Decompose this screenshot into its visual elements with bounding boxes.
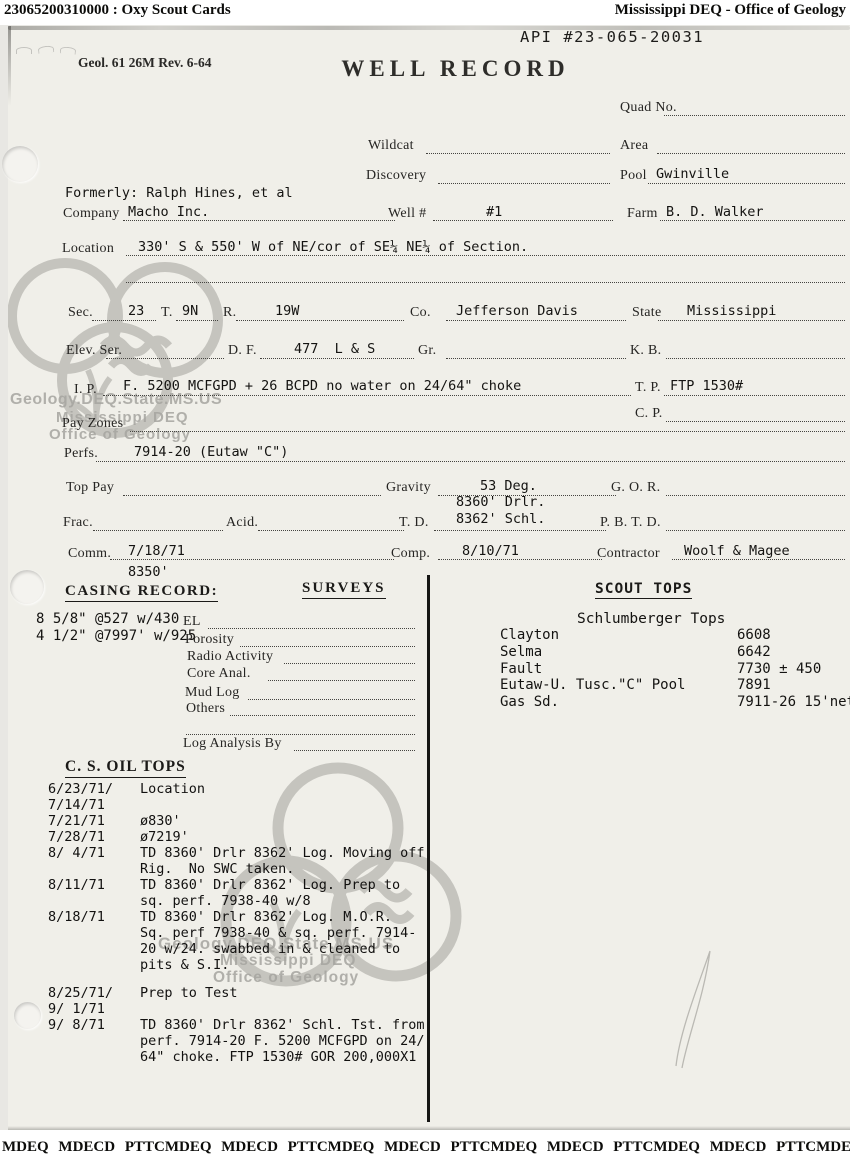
dotted-leader [92, 320, 156, 321]
dotted-leader [236, 320, 404, 321]
field-tp-value: FTP 1530# [670, 378, 743, 394]
punch-hole [14, 1002, 41, 1029]
field-farm-label: Farm [627, 206, 658, 222]
formation-depth: 6642 [737, 644, 771, 661]
agency-title: Mississippi DEQ - Office of Geology [615, 2, 846, 25]
oil-tops-entry: 8/25/71/ Prep to Test [48, 985, 440, 1001]
cs-oil-tops-log: 6/23/71/ Location 7/14/71 7/21/71 ø830' … [48, 781, 440, 1065]
field-county-label: Co. [410, 305, 431, 321]
staple-mark [60, 46, 77, 54]
field-td-value: 8362' Schl. [456, 511, 545, 527]
footer-watermark-bar: MDEQ MDECD PTTC MDEQ MDECD PTTC MDEQ MDE… [0, 1130, 850, 1162]
scout-top-row: Gas Sd. 7911-26 15'net [500, 694, 845, 711]
footer-org-abbreviations: MDEQ MDECD PTTC [490, 1139, 653, 1162]
dotted-leader [110, 559, 394, 560]
viewer-header-bar: 23065200310000 : Oxy Scout Cards Mississ… [0, 0, 850, 25]
entry-text: TD 8360' Drlr 8362' Log. Prep to sq. per… [140, 877, 440, 909]
field-area-label: Area [620, 138, 648, 154]
field-comm-value: 7/18/71 [128, 543, 185, 559]
dotted-leader [648, 183, 845, 184]
formation-depth: 6608 [737, 627, 771, 644]
scan-left-shadow [8, 26, 11, 106]
oil-tops-entry: 7/14/71 [48, 797, 440, 813]
oil-tops-entry: 7/21/71 ø830' [48, 813, 440, 829]
formation-name: Fault [500, 661, 737, 678]
entry-text: TD 8360' Drlr 8362' Schl. Tst. from perf… [140, 1017, 440, 1065]
survey-item-el: EL [183, 614, 201, 630]
dotted-leader [426, 153, 610, 154]
field-discovery-label: Discovery [366, 168, 426, 184]
entry-text [140, 797, 440, 813]
oil-tops-entry: 8/11/71 TD 8360' Drlr 8362' Log. Prep to… [48, 877, 440, 909]
oil-tops-entry: 7/28/71 ø7219' [48, 829, 440, 845]
field-td-label: T. D. [399, 515, 429, 531]
dotted-leader [666, 358, 845, 359]
entry-date: 8/11/71 [48, 877, 140, 909]
field-farm-value: B. D. Walker [666, 204, 764, 220]
entry-date: 7/14/71 [48, 797, 140, 813]
field-wildcat-label: Wildcat [368, 138, 414, 154]
oil-tops-entry: 8/18/71 TD 8360' Drlr 8362' Log. M.O.R. … [48, 909, 440, 973]
field-gravity-value: 53 Deg. [480, 478, 537, 494]
field-comm-extra-value: 8350' [128, 564, 169, 580]
dotted-leader [658, 320, 845, 321]
dotted-leader [260, 358, 414, 359]
entry-date: 7/28/71 [48, 829, 140, 845]
field-state-value: Mississippi [687, 303, 776, 319]
entry-date: 8/ 4/71 [48, 845, 140, 877]
dotted-leader [248, 699, 415, 700]
oil-tops-entry: 9/ 1/71 [48, 1001, 440, 1017]
entry-text: TD 8360' Drlr 8362' Log. Moving off Rig.… [140, 845, 440, 877]
field-comp-label: Comp. [391, 546, 430, 562]
field-range-label: R. [223, 305, 236, 321]
dotted-leader [294, 750, 415, 751]
formation-name: Selma [500, 644, 737, 661]
field-sec-label: Sec. [68, 305, 93, 321]
dotted-leader [126, 282, 845, 283]
dotted-leader [284, 663, 415, 664]
formation-name: Eutaw-U. Tusc."C" Pool [500, 677, 737, 694]
api-number-stamp: API #23-065-20031 [520, 28, 704, 46]
entry-text: TD 8360' Drlr 8362' Log. M.O.R. Sq. perf… [140, 909, 440, 973]
punch-hole [2, 146, 38, 182]
formation-name: Clayton [500, 627, 737, 644]
field-county-value: Jefferson Davis [456, 303, 578, 319]
entry-date: 6/23/71/ [48, 781, 140, 797]
dotted-leader [106, 358, 224, 359]
oil-tops-entry: 9/ 8/71 TD 8360' Drlr 8362' Schl. Tst. f… [48, 1017, 440, 1065]
entry-text [140, 1001, 440, 1017]
dotted-leader [666, 495, 845, 496]
field-state-label: State [632, 305, 662, 321]
surveys-heading: SURVEYS [302, 580, 386, 599]
field-perfs-value: 7914-20 (Eutaw "C") [134, 444, 288, 460]
dotted-leader [258, 530, 404, 531]
formation-depth: 7891 [737, 677, 771, 694]
entry-date: 7/21/71 [48, 813, 140, 829]
dotted-leader [666, 421, 845, 422]
entry-date: 9/ 8/71 [48, 1017, 140, 1065]
dotted-leader [672, 559, 845, 560]
scout-tops-table: Clayton 6608 Selma 6642 Fault 7730 ± 450… [500, 627, 845, 711]
dotted-leader [103, 395, 631, 396]
dotted-leader [666, 530, 845, 531]
dotted-leader [208, 628, 415, 629]
oil-tops-entry: 6/23/71/ Location [48, 781, 440, 797]
field-elev-ser-label: Elev. Ser. [66, 343, 122, 359]
scout-top-row: Eutaw-U. Tusc."C" Pool 7891 [500, 677, 845, 694]
dotted-leader [664, 115, 845, 116]
dotted-leader [240, 646, 415, 647]
survey-item-mud-log: Mud Log [185, 685, 240, 701]
dotted-leader [664, 395, 845, 396]
footer-org-abbreviations: MDEQ MDECD PTTC [2, 1139, 165, 1162]
dotted-leader [176, 320, 218, 321]
field-pool-value: Gwinville [656, 166, 729, 182]
survey-item-porosity: Porosity [185, 632, 234, 648]
field-pool-label: Pool [620, 168, 647, 184]
entry-date: 9/ 1/71 [48, 1001, 140, 1017]
document-id-title: 23065200310000 : Oxy Scout Cards [4, 2, 231, 25]
page-title: WELL RECORD [338, 56, 573, 82]
field-comp-value: 8/10/71 [462, 543, 519, 559]
dotted-leader [123, 220, 395, 221]
dotted-leader [446, 320, 626, 321]
field-company-value: Macho Inc. [128, 204, 209, 220]
field-township-label: T. [161, 305, 173, 321]
dotted-leader [186, 734, 415, 735]
entry-date: 8/18/71 [48, 909, 140, 973]
field-range-value: 19W [275, 303, 299, 319]
field-well-number-label: Well # [388, 206, 426, 222]
entry-text: ø830' [140, 813, 440, 829]
scout-tops-subheading: Schlumberger Tops [577, 611, 725, 627]
scout-top-row: Clayton 6608 [500, 627, 845, 644]
dotted-leader [446, 358, 626, 359]
staple-mark [16, 47, 32, 54]
field-location-value: 330' S & 550' W of NE/cor of SE¼ NE¼ of … [138, 239, 528, 255]
dotted-leader [657, 153, 845, 154]
formation-depth: 7911-26 15'net [737, 694, 850, 711]
scout-top-row: Selma 6642 [500, 644, 845, 661]
scout-tops-heading: SCOUT TOPS [595, 581, 692, 599]
field-pay-zones-label: Pay Zones [62, 416, 123, 432]
footer-org-abbreviations: MDEQ MDECD PTTC [653, 1139, 816, 1162]
survey-item-log-analysis-by: Log Analysis By [183, 736, 282, 752]
dotted-leader [123, 495, 381, 496]
field-township-value: 9N [182, 303, 198, 319]
formation-name: Gas Sd. [500, 694, 737, 711]
field-sec-value: 23 [128, 303, 144, 319]
footer-org-abbreviations: MDEQ MDECD PTTC [328, 1139, 491, 1162]
field-frac-label: Frac. [63, 515, 93, 531]
survey-item-core-anal: Core Anal. [187, 666, 251, 682]
field-top-pay-label: Top Pay [66, 480, 114, 496]
field-cp-label: C. P. [635, 406, 663, 422]
casing-record-heading: CASING RECORD: [65, 583, 218, 602]
field-kb-label: K. B. [630, 343, 661, 359]
casing-line: 4 1/2" @7997' w/925 [36, 628, 196, 644]
oil-tops-entry: 8/ 4/71 TD 8360' Drlr 8362' Log. Moving … [48, 845, 440, 877]
field-ip-value: F. 5200 MCFGPD + 26 BCPD no water on 24/… [123, 378, 521, 394]
field-acid-label: Acid. [226, 515, 258, 531]
dotted-leader [438, 559, 602, 560]
staple-mark [38, 45, 55, 54]
entry-text: ø7219' [140, 829, 440, 845]
dotted-leader [93, 530, 223, 531]
scout-top-row: Fault 7730 ± 450 [500, 661, 845, 678]
dotted-leader [96, 461, 845, 462]
dotted-leader [268, 680, 415, 681]
cs-oil-tops-heading: C. S. OIL TOPS [65, 758, 186, 778]
field-pbtd-label: P. B. T. D. [600, 515, 661, 531]
dotted-leader [438, 183, 610, 184]
field-df-label: D. F. [228, 343, 257, 359]
pencil-mark [658, 916, 728, 1076]
field-well-number-value: #1 [486, 204, 502, 220]
dotted-leader [126, 255, 845, 256]
field-location-label: Location [62, 241, 114, 257]
field-contractor-value: Woolf & Magee [684, 543, 790, 559]
field-df-value: 477 L & S [294, 341, 375, 357]
field-tp-label: T. P. [635, 380, 661, 396]
field-perfs-label: Perfs. [64, 446, 98, 462]
dotted-leader [433, 220, 613, 221]
footer-org-abbreviations: MDEQ MDECD PTTC [816, 1139, 850, 1162]
formation-depth: 7730 ± 450 [737, 661, 821, 678]
survey-item-radio-activity: Radio Activity [187, 649, 273, 665]
dotted-leader [230, 715, 415, 716]
survey-item-others: Others [186, 701, 225, 717]
field-company-label: Company [63, 206, 120, 222]
footer-org-abbreviations: MDEQ MDECD PTTC [165, 1139, 328, 1162]
field-gravity-label: Gravity [386, 480, 431, 496]
entry-text: Prep to Test [140, 985, 440, 1001]
field-quad-no-label: Quad No. [620, 100, 677, 116]
field-ip-label: I. P. [74, 382, 97, 398]
field-gor-label: G. O. R. [611, 480, 660, 496]
field-formerly-value: Formerly: Ralph Hines, et al [65, 185, 293, 201]
field-gr-label: Gr. [418, 343, 436, 359]
punch-hole [10, 570, 44, 604]
dotted-leader [130, 431, 845, 432]
dotted-leader [434, 530, 606, 531]
entry-date: 8/25/71/ [48, 985, 140, 1001]
form-revision-number: Geol. 61 26M Rev. 6-64 [78, 55, 211, 71]
scan-edge-smudge [8, 26, 850, 30]
dotted-leader [660, 220, 845, 221]
field-comm-label: Comm. [68, 546, 111, 562]
casing-line: 8 5/8" @527 w/430 [36, 611, 179, 627]
field-td-driller-value: 8360' Drlr. [456, 494, 545, 510]
field-contractor-label: Contractor [597, 546, 660, 562]
scanned-well-record-page: Geology.DEQ.State.MS.US Mississippi DEQ … [8, 26, 850, 1130]
entry-text: Location [140, 781, 440, 797]
